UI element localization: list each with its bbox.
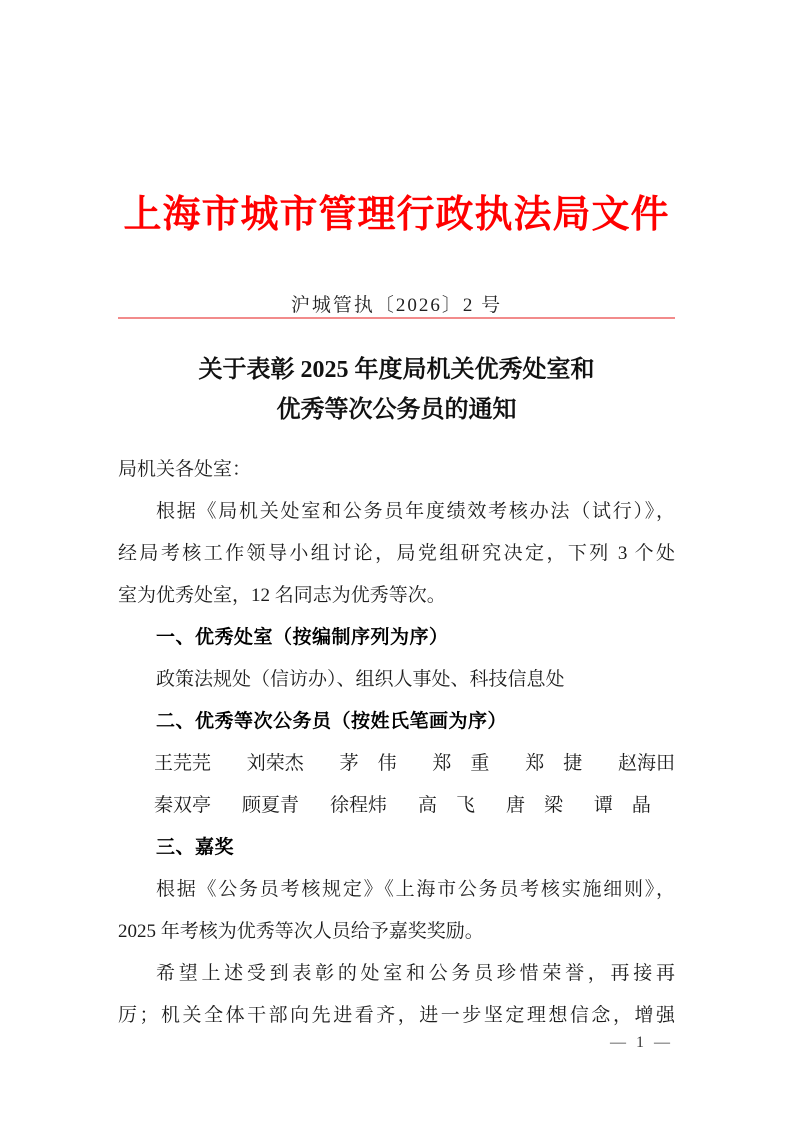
awardee-name: 顾夏青 (242, 785, 299, 827)
awardee-name: 谭 晶 (594, 785, 651, 827)
section2-heading: 二、优秀等次公务员（按姓氏笔画为序） (118, 701, 675, 743)
awardee-name: 高 飞 (418, 785, 475, 827)
names-row-1: 王芫芫 刘荣杰 茅 伟 郑 重 郑 捷 赵海田 (118, 743, 675, 785)
awardee-name: 赵海田 (618, 743, 675, 785)
awardee-name: 郑 捷 (525, 743, 582, 785)
notice-title: 关于表彰 2025 年度局机关优秀处室和 优秀等次公务员的通知 (0, 350, 793, 430)
intro-paragraph-line: 经局考核工作领导小组讨论，局党组研究决定，下列 3 个处 (118, 533, 675, 575)
awardee-name: 茅 伟 (340, 743, 397, 785)
awardee-name: 刘荣杰 (247, 743, 304, 785)
awardee-name: 唐 梁 (506, 785, 563, 827)
section3-paragraph-line: 2025 年考核为优秀等次人员给予嘉奖奖励。 (118, 911, 675, 953)
awardee-name: 郑 重 (432, 743, 489, 785)
page-number: — 1 — (610, 1034, 673, 1052)
awardee-name: 秦双亭 (154, 785, 211, 827)
section3-heading: 三、嘉奖 (118, 827, 675, 869)
names-row-2: 秦双亭 顾夏青 徐程炜 高 飞 唐 梁 谭 晶 (118, 785, 675, 827)
section1-content: 政策法规处（信访办）、组织人事处、科技信息处 (118, 659, 675, 701)
document-page: 上海市城市管理行政执法局文件 沪城管执〔2026〕2 号 关于表彰 2025 年… (0, 0, 793, 1122)
red-divider-line (118, 317, 675, 319)
salutation: 局机关各处室： (118, 449, 675, 491)
notice-title-line1: 关于表彰 2025 年度局机关优秀处室和 (0, 350, 793, 390)
awardee-name: 徐程炜 (330, 785, 387, 827)
section3-paragraph-line: 根据《公务员考核规定》《上海市公务员考核实施细则》， (118, 869, 675, 911)
closing-paragraph-line: 厉；机关全体干部向先进看齐，进一步坚定理想信念，增强 (118, 995, 675, 1037)
awardee-name: 王芫芫 (154, 743, 211, 785)
red-header-org-title: 上海市城市管理行政执法局文件 (0, 183, 793, 238)
document-body: 局机关各处室： 根据《局机关处室和公务员年度绩效考核办法（试行）》， 经局考核工… (118, 449, 675, 1037)
section1-heading: 一、优秀处室（按编制序列为序） (118, 617, 675, 659)
intro-paragraph-line: 根据《局机关处室和公务员年度绩效考核办法（试行）》， (118, 491, 675, 533)
closing-paragraph-line: 希望上述受到表彰的处室和公务员珍惜荣誉，再接再 (118, 953, 675, 995)
document-number: 沪城管执〔2026〕2 号 (0, 290, 793, 317)
intro-paragraph-line: 室为优秀处室，12 名同志为优秀等次。 (118, 575, 675, 617)
notice-title-line2: 优秀等次公务员的通知 (0, 390, 793, 430)
